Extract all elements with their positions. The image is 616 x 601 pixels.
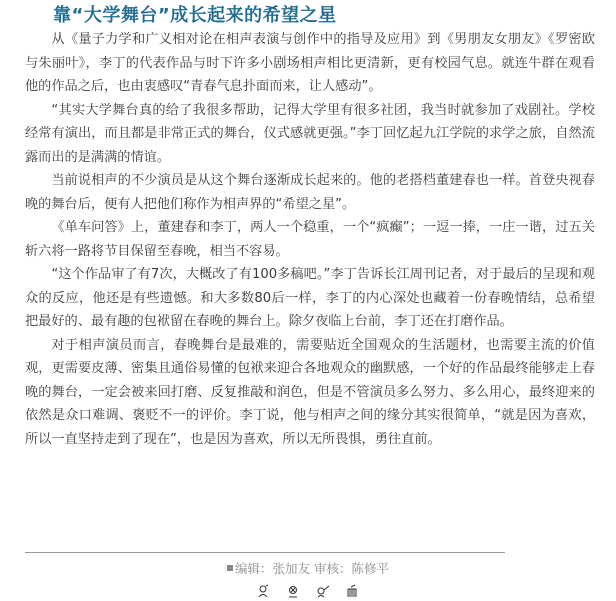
share-icon-1[interactable] <box>257 583 271 597</box>
editor-credits: 编辑：张加友 审核：陈修平 <box>0 561 616 577</box>
article: 靠“大学舞台”成长起来的希望之星 从《量子力学和广义相对论在相声表演与创作中的指… <box>25 0 595 451</box>
paragraph: 《单车问答》上，董建春和李丁，两人一个稳重，一个“疯癫”；一逗一捧，一庄一谐，过… <box>25 216 595 263</box>
paragraph: 对于相声演员而言，春晚舞台是最难的，需要贴近全国观众的生活题材，也需要主流的价值… <box>25 334 595 452</box>
share-icon-2[interactable] <box>286 583 300 597</box>
section-title: 靠“大学舞台”成长起来的希望之星 <box>53 4 595 28</box>
share-icon-4[interactable] <box>345 583 359 597</box>
paragraph: 从《量子力学和广义相对论在相声表演与创作中的指导及应用》到《男朋友女朋友》《罗密… <box>25 28 595 99</box>
share-icons <box>0 583 616 601</box>
credits-text: 编辑：张加友 审核：陈修平 <box>235 561 389 576</box>
divider <box>25 552 505 553</box>
paragraph: 当前说相声的不少演员是从这个舞台逐渐成长起来的。他的老搭档董建春也一样。首登央视… <box>25 169 595 216</box>
share-icon-3[interactable] <box>316 583 330 597</box>
paragraph: “这个作品审了有7次，大概改了有100多稿吧。”李丁告诉长江周刊记者，对于最后的… <box>25 263 595 334</box>
paragraph: “其实大学舞台真的给了我很多帮助，记得大学里有很多社团，我当时就参加了戏剧社。学… <box>25 99 595 170</box>
bullet-square-icon <box>227 565 233 571</box>
